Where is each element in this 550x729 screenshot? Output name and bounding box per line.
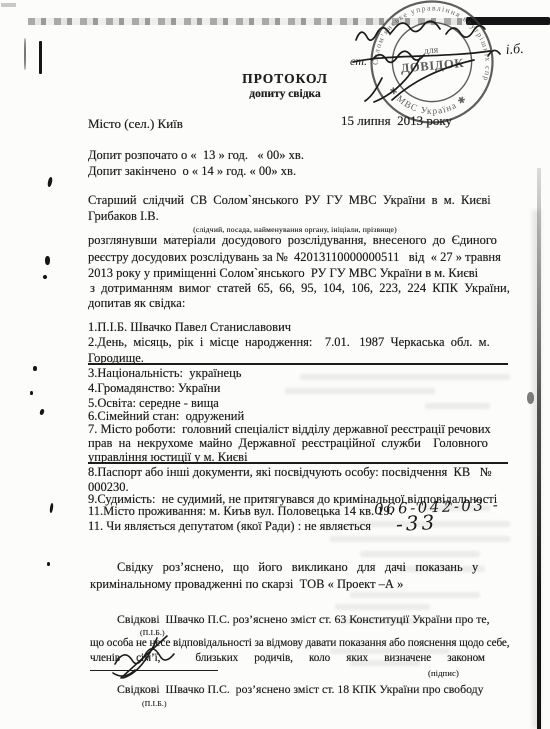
scan-speck — [1, 3, 16, 7]
handwriting-fragment: ст. — [350, 54, 367, 68]
witness-field-line: 11.Місто проживання: м. Киъв вул. Полове… — [88, 504, 393, 519]
witness-signature — [105, 632, 195, 682]
scan-speck — [527, 392, 534, 404]
margin-mark — [39, 41, 42, 74]
underline-rule — [88, 462, 508, 464]
interrogation-start-line: Допит розпочато о « 13 » год. « 00» хв. — [88, 148, 304, 163]
review-line: з дотриманням вимог статей 65, 66, 95, 1… — [90, 281, 510, 296]
margin-mark — [42, 274, 47, 279]
witness-field-line: прав на некрухоме майно Державної реєстр… — [88, 436, 488, 451]
witness-field-line: 1.П.І.Б. Швачко Павел Станиславович — [88, 320, 291, 335]
investigator-name: Грибаков І.В. — [88, 209, 159, 224]
margin-mark — [47, 562, 50, 566]
scan-streak-right-soft — [532, 210, 541, 729]
bleedthrough-artifact — [335, 604, 430, 610]
bleedthrough-artifact — [330, 536, 510, 542]
margin-mark — [45, 256, 50, 265]
pib-caption: (П.І.Б.) — [142, 696, 167, 711]
review-line: допитав як свідка: — [88, 296, 185, 311]
margin-mark — [33, 366, 37, 371]
margin-mark — [39, 408, 45, 415]
summons-line: Свідку роз’яснено, що його викликано для… — [117, 560, 478, 575]
witness-field-line: 11. Чи являється депутатом (якої Ради) :… — [88, 519, 371, 534]
witness-field-line: 2.День, місяць, рік і місце народження: … — [88, 335, 490, 350]
margin-mark — [30, 391, 33, 395]
summons-line: кримінальному провадженні по скарзі ТОВ … — [90, 577, 403, 592]
witness-field-line: 3.Національність: українець — [88, 366, 241, 381]
protocol-document-scan: Солом’янське управління внутрішніх справ… — [0, 0, 550, 729]
rights-63-line: Свідкові Швачко П.С. роз’яснено зміст ст… — [117, 612, 490, 627]
signature-rule — [90, 670, 218, 671]
underline-rule — [88, 363, 508, 365]
review-line: реєстру досудових розслідувань за № 4201… — [88, 250, 501, 265]
witness-field-line: 8.Паспорт або інші документи, які посвід… — [88, 465, 492, 480]
bleedthrough-artifact — [350, 592, 480, 598]
signature-caption: (підпис) — [428, 666, 459, 681]
handwritten-phone-line2: -33 — [395, 510, 437, 536]
review-line: розглянувши матеріали досудового розслід… — [88, 233, 497, 248]
bleedthrough-artifact — [425, 403, 490, 409]
margin-mark — [49, 503, 53, 513]
margin-mark — [24, 38, 26, 70]
document-title: ПРОТОКОЛ — [160, 71, 410, 86]
witness-field-line: 7. Місто роботи: головний спеціаліст від… — [88, 422, 491, 437]
bleedthrough-artifact — [360, 551, 480, 557]
handwritten-phone-line1: 066-042-03 - — [374, 496, 501, 518]
handwriting-initials: і.б. — [505, 42, 524, 58]
margin-mark — [47, 177, 53, 188]
bleedthrough-artifact — [285, 388, 435, 394]
city-line: Місто (сел.) Київ — [88, 116, 183, 131]
bleedthrough-artifact — [300, 374, 510, 380]
investigator-line: Старший слідчий СВ Солом`янського РУ ГУ … — [88, 193, 491, 208]
date-line: 15 липня 2013 року — [341, 113, 452, 128]
witness-field-line: 4.Громадянство: України — [88, 381, 220, 396]
review-line: 2013 року у приміщенні Солом`янського РУ… — [88, 266, 478, 281]
rights-18-line: Свідкові Швачко П.С. роз’яснено зміст ст… — [117, 682, 484, 697]
document-subtitle: допиту свідка — [160, 87, 410, 102]
interrogation-end-line: Допит закінчено о « 14 » год. « 00» хв. — [88, 164, 296, 179]
